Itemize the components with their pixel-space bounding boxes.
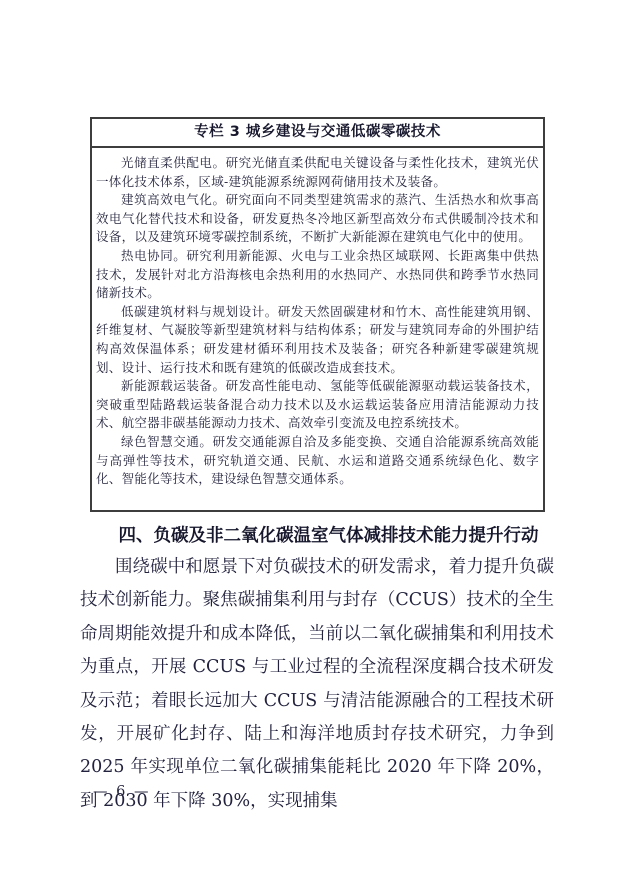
- box-paragraph-green-smart-transport: 绿色智慧交通。研发交通能源自洽及多能变换、交通自洽能源系统高效能与高弹性等技术，…: [96, 433, 539, 489]
- box-paragraph-low-carbon-materials: 低碳建筑材料与规划设计。研发天然固碳建材和竹木、高性能建筑用钢、纤维复材、气凝胶…: [96, 303, 539, 377]
- box-paragraph-heat-power-synergy: 热电协同。研究利用新能源、火电与工业余热区域联网、长距离集中供热技术，发展针对北…: [96, 247, 539, 303]
- column-box-title: 专栏 3 城乡建设与交通低碳零碳技术: [92, 119, 543, 148]
- page-number: — 6 —: [93, 784, 150, 800]
- body-paragraph: 围绕碳中和愿景下对负碳技术的研发需求，着力提升负碳技术创新能力。聚焦碳捕集利用与…: [80, 551, 554, 818]
- section-heading: 四、负碳及非二氧化碳温室气体减排技术能力提升行动: [80, 523, 555, 549]
- box-paragraph-building-electrification: 建筑高效电气化。研究面向不同类型建筑需求的蒸汽、生活热水和炊事高效电气化替代技术…: [96, 191, 539, 247]
- column-box-body: 光储直柔供配电。研究光储直柔供配电关键设备与柔性化技术，建筑光伏一体化技术体系，…: [92, 148, 543, 497]
- document-page: 专栏 3 城乡建设与交通低碳零碳技术 光储直柔供配电。研究光储直柔供配电关键设备…: [0, 0, 633, 892]
- column-box: 专栏 3 城乡建设与交通低碳零碳技术 光储直柔供配电。研究光储直柔供配电关键设备…: [90, 117, 545, 512]
- box-paragraph-solar-storage: 光储直柔供配电。研究光储直柔供配电关键设备与柔性化技术，建筑光伏一体化技术体系，…: [96, 154, 539, 191]
- box-paragraph-new-energy-vehicles: 新能源载运装备。研发高性能电动、氢能等低碳能源驱动载运装备技术，突破重型陆路载运…: [96, 377, 539, 433]
